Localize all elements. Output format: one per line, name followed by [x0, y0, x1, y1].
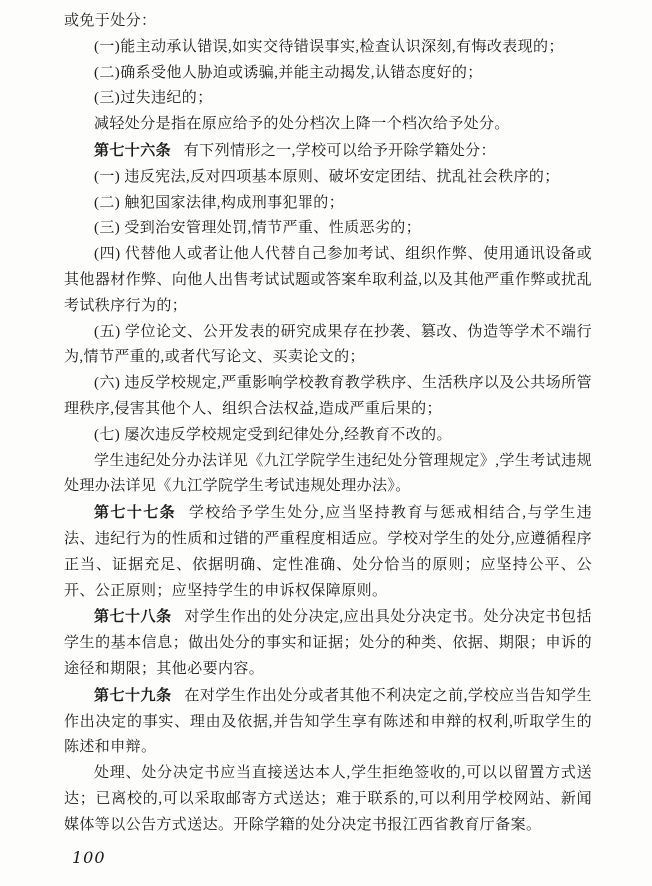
paragraph-text: 减轻处分是指在原应给予的处分档次上降一个档次给予处分。: [94, 116, 510, 132]
paragraph-text: (一)能主动承认错误,如实交待错误事实,检查认识深刻,有悔改表现的；: [94, 39, 564, 55]
paragraph-text: 处理、处分决定书应当直接送达本人,学生拒绝签收的,可以以留置方式送达；已离校的,…: [64, 765, 592, 833]
list-item: (六) 违反学校规定,严重影响学校教育教学秩序、生活秩序以及公共场所管理秩序,侵…: [64, 371, 592, 423]
paragraph-text: (七) 屡次违反学校规定受到纪律处分,经教育不改的。: [94, 427, 452, 443]
paragraph-text: (一) 违反宪法,反对四项基本原则、破坏安定团结、扰乱社会秩序的；: [94, 169, 560, 185]
article-paragraph: 第七十六条有下列情形之一,学校可以给予开除学籍处分：: [64, 138, 592, 165]
list-item: (三) 受到治安管理处罚,情节严重、性质恶劣的；: [64, 216, 592, 242]
paragraph-text: (二) 触犯国家法律,构成刑事犯罪的；: [94, 195, 344, 211]
paragraph: 减轻处分是指在原应给予的处分档次上降一个档次给予处分。: [64, 112, 592, 138]
paragraph-text: 学生违纪处分办法详见《九江学院学生违纪处分管理规定》,学生考试违规处理办法详见《…: [64, 453, 592, 495]
article-number: 第七十七条: [94, 504, 189, 521]
list-item: (五) 学位论文、公开发表的研究成果存在抄袭、篡改、伪造等学术不端行为,情节严重…: [64, 320, 592, 372]
paragraph-text: 有下列情形之一,学校可以给予开除学籍处分：: [184, 143, 496, 159]
paragraph-text: (六) 违反学校规定,严重影响学校教育教学秩序、生活秩序以及公共场所管理秩序,侵…: [64, 375, 592, 417]
paragraph: 或免于处分：: [64, 9, 592, 35]
list-item: (四) 代替他人或者让他人代替自己参加考试、组织作弊、使用通讯设备或其他器材作弊…: [64, 242, 592, 319]
article-number: 第七十九条: [94, 687, 184, 704]
list-item: (二)确系受他人胁迫或诱骗,并能主动揭发,认错态度好的；: [64, 61, 592, 87]
list-item: (二) 触犯国家法律,构成刑事犯罪的；: [64, 191, 592, 217]
article-paragraph: 第七十八条对学生作出的处分决定,应出具处分决定书。处分决定书包括学生的基本信息；…: [64, 604, 592, 682]
article-number: 第七十六条: [94, 142, 184, 159]
document-page: 或免于处分： (一)能主动承认错误,如实交待错误事实,检查认识深刻,有悔改表现的…: [0, 0, 652, 886]
paragraph-text: (四) 代替他人或者让他人代替自己参加考试、组织作弊、使用通讯设备或其他器材作弊…: [64, 246, 592, 314]
paragraph-text: (二)确系受他人胁迫或诱骗,并能主动揭发,认错态度好的；: [94, 65, 483, 81]
paragraph-text: (三) 受到治安管理处罚,情节严重、性质恶劣的；: [94, 220, 421, 236]
list-item: (一) 违反宪法,反对四项基本原则、破坏安定团结、扰乱社会秩序的；: [64, 165, 592, 191]
list-item: (三)过失违纪的；: [64, 86, 592, 112]
article-paragraph: 第七十七条学校给予学生处分,应当坚持教育与惩戒相结合,与学生违法、违纪行为的性质…: [64, 500, 592, 604]
paragraph-text: (三)过失违纪的；: [94, 90, 213, 106]
list-item: (一)能主动承认错误,如实交待错误事实,检查认识深刻,有悔改表现的；: [64, 35, 592, 61]
paragraph-text: 或免于处分：: [64, 13, 156, 29]
article-paragraph: 第七十九条在对学生作出处分或者其他不利决定之前,学校应当告知学生作出决定的事实、…: [64, 683, 592, 761]
paragraph: 学生违纪处分办法详见《九江学院学生违纪处分管理规定》,学生考试违规处理办法详见《…: [64, 449, 592, 501]
page-number: 100: [72, 845, 592, 871]
paragraph: 处理、处分决定书应当直接送达本人,学生拒绝签收的,可以以留置方式送达；已离校的,…: [64, 761, 592, 838]
article-number: 第七十八条: [94, 608, 184, 625]
paragraph-text: (五) 学位论文、公开发表的研究成果存在抄袭、篡改、伪造等学术不端行为,情节严重…: [64, 324, 592, 366]
list-item: (七) 屡次违反学校规定受到纪律处分,经教育不改的。: [64, 423, 592, 449]
